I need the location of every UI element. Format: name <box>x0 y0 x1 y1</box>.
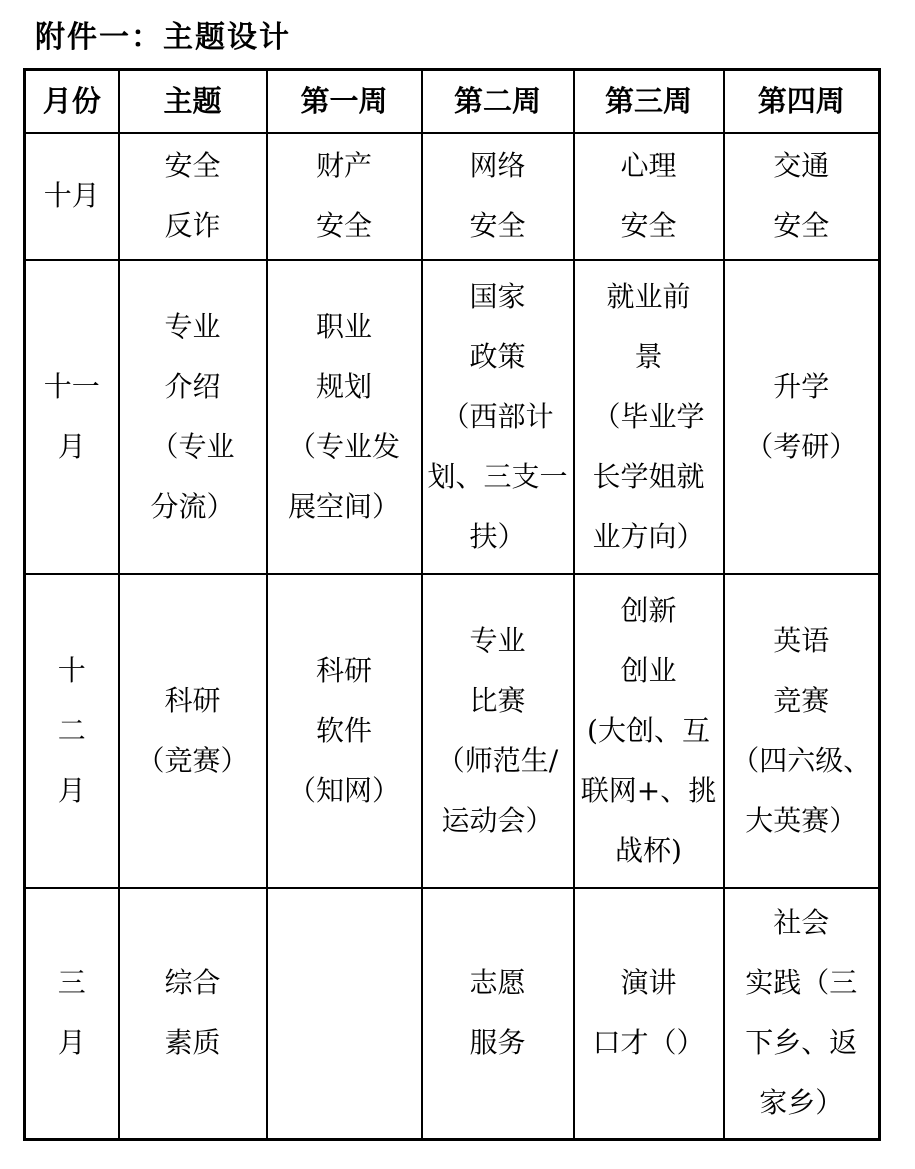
column-header-week1: 第一周 <box>267 70 422 133</box>
month-cell: 三 月 <box>25 888 119 1140</box>
theme-cell: 综合 素质 <box>119 888 267 1140</box>
week1-cell: 财产 安全 <box>267 133 422 260</box>
week3-cell: 心理 安全 <box>574 133 724 260</box>
table-header-row: 月份 主题 第一周 第二周 第三周 第四周 <box>25 70 880 133</box>
week4-cell: 社会 实践（三 下乡、返 家乡） <box>724 888 880 1140</box>
week3-cell: 演讲 口才（） <box>574 888 724 1140</box>
table-row-november: 十一 月 专业 介绍 （专业 分流） 职业 规划 （专业发 展空间） 国家 政策… <box>25 260 880 574</box>
week2-cell: 网络 安全 <box>422 133 574 260</box>
week4-cell: 英语 竞赛 （四六级、 大英赛） <box>724 574 880 888</box>
table-row-december: 十 二 月 科研 （竞赛） 科研 软件 （知网） 专业 比赛 （师范生/ 运动会… <box>25 574 880 888</box>
theme-cell: 安全 反诈 <box>119 133 267 260</box>
theme-design-table: 月份 主题 第一周 第二周 第三周 第四周 十月 安全 反诈 财产 安全 网络 … <box>23 68 881 1141</box>
week2-cell: 专业 比赛 （师范生/ 运动会） <box>422 574 574 888</box>
week3-cell: 就业前 景 （毕业学 长学姐就 业方向） <box>574 260 724 574</box>
column-header-theme: 主题 <box>119 70 267 133</box>
column-header-week4: 第四周 <box>724 70 880 133</box>
week4-cell: 交通 安全 <box>724 133 880 260</box>
column-header-week2: 第二周 <box>422 70 574 133</box>
document-title: 附件一：主题设计 <box>35 12 291 56</box>
month-cell: 十一 月 <box>25 260 119 574</box>
month-cell: 十 二 月 <box>25 574 119 888</box>
week2-cell: 国家 政策 （西部计 划、三支一 扶） <box>422 260 574 574</box>
week4-cell: 升学 （考研） <box>724 260 880 574</box>
week1-cell: 科研 软件 （知网） <box>267 574 422 888</box>
theme-cell: 科研 （竞赛） <box>119 574 267 888</box>
week3-cell: 创新 创业 (大创、互 联网+、挑 战杯) <box>574 574 724 888</box>
column-header-week3: 第三周 <box>574 70 724 133</box>
table-row-october: 十月 安全 反诈 财产 安全 网络 安全 心理 安全 交通 安全 <box>25 133 880 260</box>
document-page: 附件一：主题设计 月份 主题 第一周 第二周 第三周 第四周 十月 安全 反诈 <box>0 0 915 1169</box>
table-row-march: 三 月 综合 素质 志愿 服务 演讲 口才（） 社会 实践（三 下乡、返 家乡） <box>25 888 880 1140</box>
column-header-month: 月份 <box>25 70 119 133</box>
week2-cell: 志愿 服务 <box>422 888 574 1140</box>
week1-cell: 职业 规划 （专业发 展空间） <box>267 260 422 574</box>
month-cell: 十月 <box>25 133 119 260</box>
theme-cell: 专业 介绍 （专业 分流） <box>119 260 267 574</box>
week1-cell-empty <box>267 888 422 1140</box>
